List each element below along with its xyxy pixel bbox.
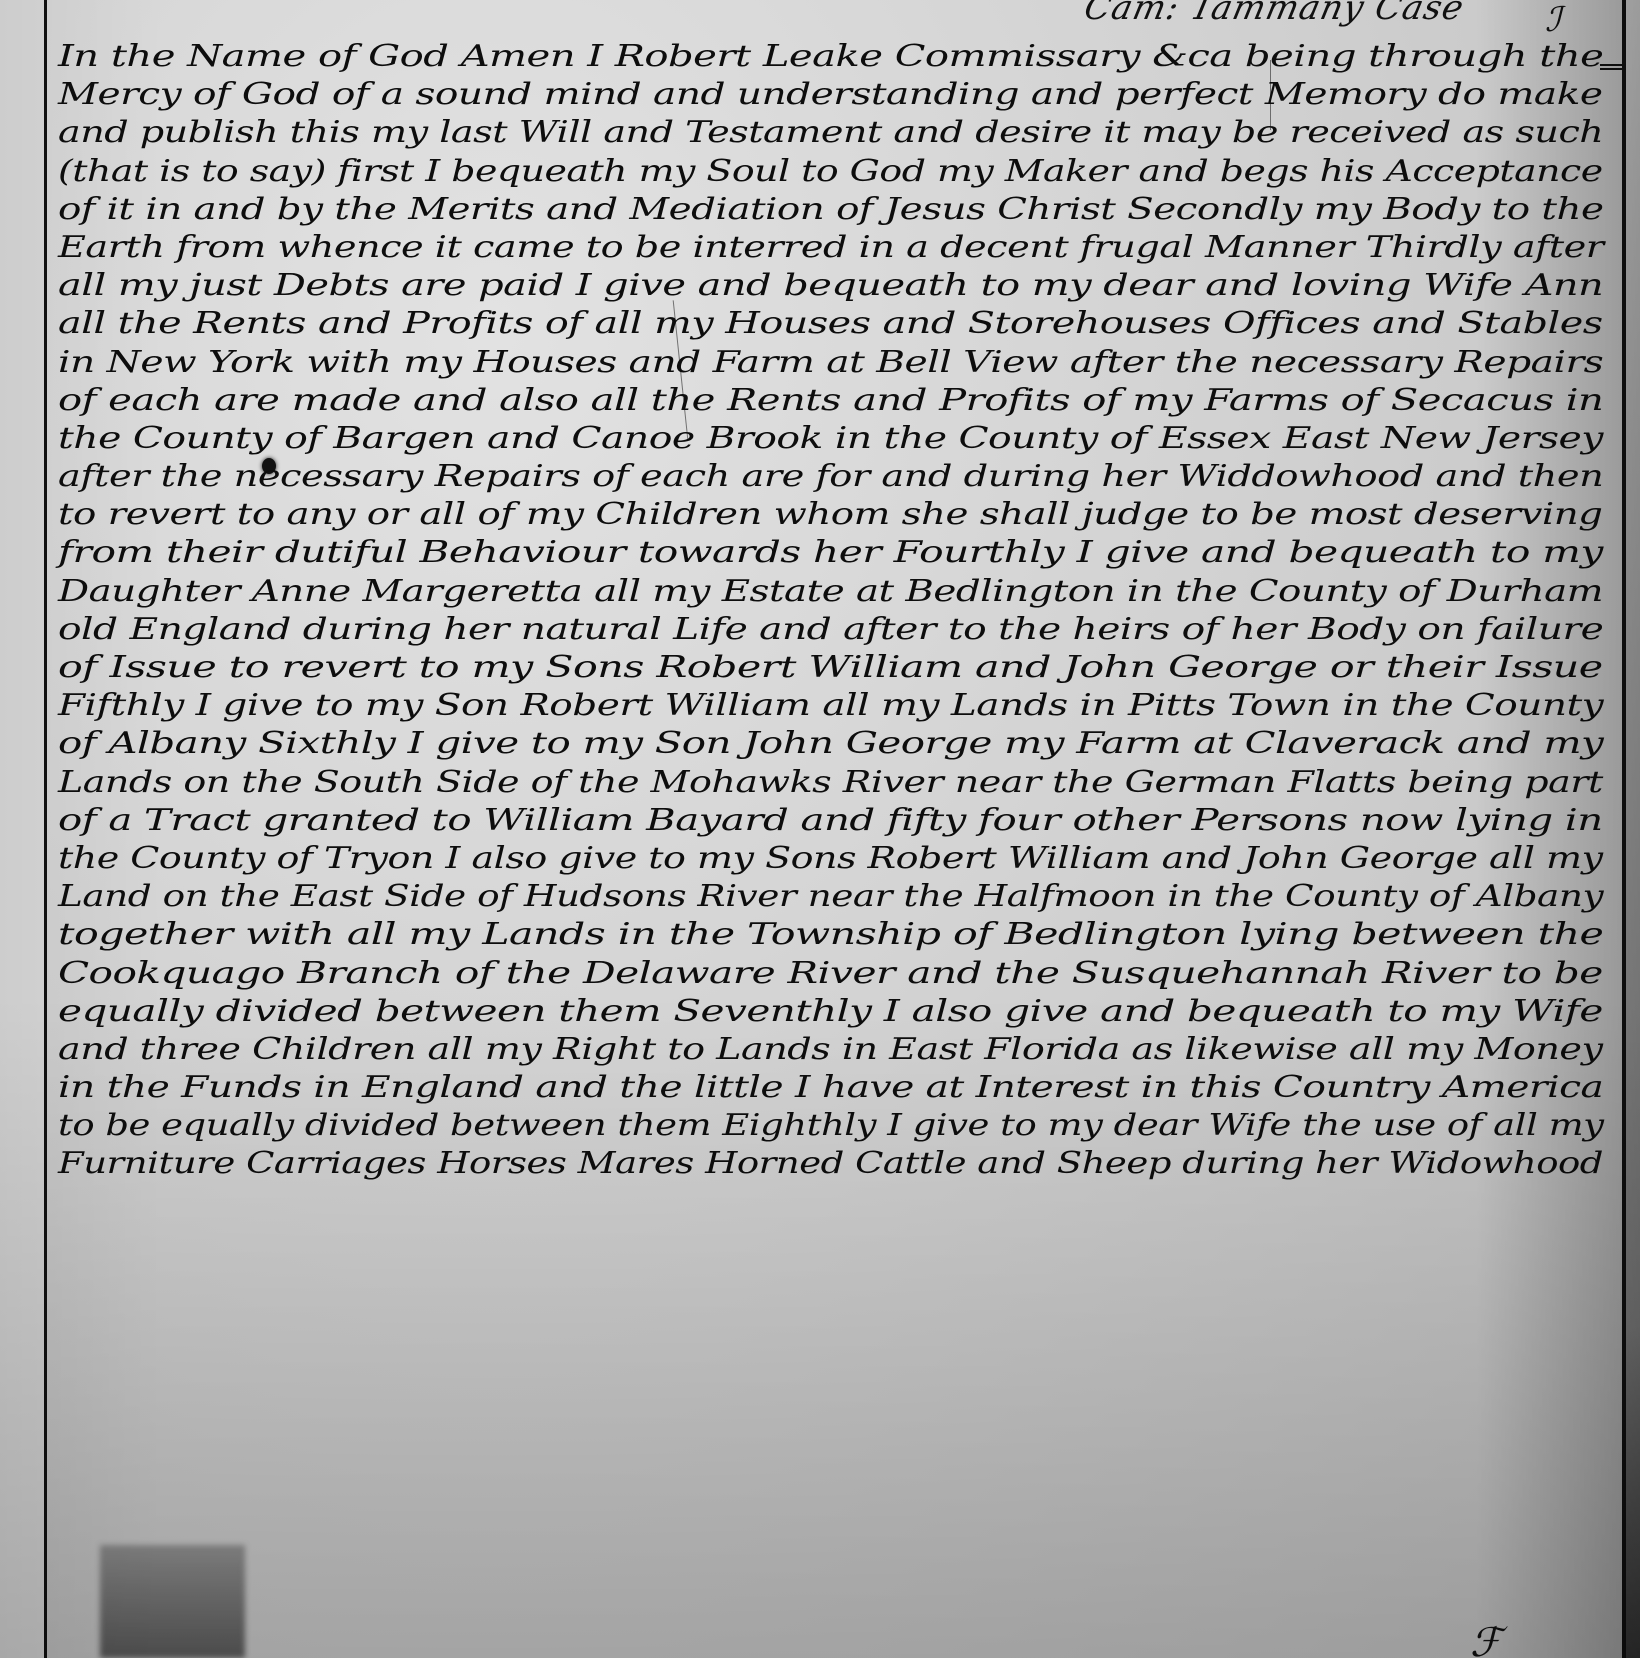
text-line: old England during her natural Life and … bbox=[58, 611, 1618, 649]
text-line: and three Children all my Right to Lands… bbox=[58, 1031, 1618, 1069]
text-line: in New York with my Houses and Farm at B… bbox=[58, 344, 1618, 382]
will-text-body: In the Name of God Amen I Robert Leake C… bbox=[58, 38, 1618, 1184]
text-line: Daughter Anne Margeretta all my Estate a… bbox=[58, 573, 1618, 611]
binding-shadow bbox=[1626, 0, 1640, 1658]
header-flourish-icon: ℐ bbox=[1545, 0, 1561, 40]
text-line: In the Name of God Amen I Robert Leake C… bbox=[58, 38, 1618, 76]
text-line: from their dutiful Behaviour towards her… bbox=[58, 534, 1618, 572]
text-line: of it in and by the Merits and Mediation… bbox=[58, 191, 1618, 229]
text-line: Land on the East Side of Hudsons River n… bbox=[58, 878, 1618, 916]
left-page-edge bbox=[0, 0, 44, 1658]
text-line: Cookquago Branch of the Delaware River a… bbox=[58, 955, 1618, 993]
text-line: to revert to any or all of my Children w… bbox=[58, 496, 1618, 534]
text-line: in the Funds in England and the little I… bbox=[58, 1069, 1618, 1107]
text-line: after the necessary Repairs of each are … bbox=[58, 458, 1618, 496]
text-line: and publish this my last Will and Testam… bbox=[58, 114, 1618, 152]
text-line: Earth from whence it came to be interred… bbox=[58, 229, 1618, 267]
text-line: all my just Debts are paid I give and be… bbox=[58, 267, 1618, 305]
text-line: Fifthly I give to my Son Robert William … bbox=[58, 687, 1618, 725]
text-line: (that is to say) first I bequeath my Sou… bbox=[58, 153, 1618, 191]
header-note: Cam: Tammany Case bbox=[1081, 0, 1468, 28]
water-stain bbox=[100, 1545, 245, 1658]
text-line: of each are made and also all the Rents … bbox=[58, 382, 1618, 420]
text-line: equally divided between them Seventhly I… bbox=[58, 993, 1618, 1031]
text-line: Mercy of God of a sound mind and underst… bbox=[58, 76, 1618, 114]
manuscript-page: Cam: Tammany Case ℐ In the Name of God A… bbox=[0, 0, 1640, 1658]
text-line: together with all my Lands in the Townsh… bbox=[58, 916, 1618, 954]
text-line: of Issue to revert to my Sons Robert Wil… bbox=[58, 649, 1618, 687]
text-line: Lands on the South Side of the Mohawks R… bbox=[58, 764, 1618, 802]
text-line: to be equally divided between them Eight… bbox=[58, 1107, 1618, 1145]
left-margin-rule bbox=[44, 0, 47, 1658]
text-line: all the Rents and Profits of all my Hous… bbox=[58, 305, 1618, 343]
text-line: the County of Bargen and Canoe Brook in … bbox=[58, 420, 1618, 458]
text-line: the County of Tryon I also give to my So… bbox=[58, 840, 1618, 878]
text-line: of Albany Sixthly I give to my Son John … bbox=[58, 725, 1618, 763]
bottom-flourish-icon: ℱ bbox=[1470, 1620, 1501, 1658]
text-line: Furniture Carriages Horses Mares Horned … bbox=[58, 1145, 1618, 1183]
text-line: of a Tract granted to William Bayard and… bbox=[58, 802, 1618, 840]
